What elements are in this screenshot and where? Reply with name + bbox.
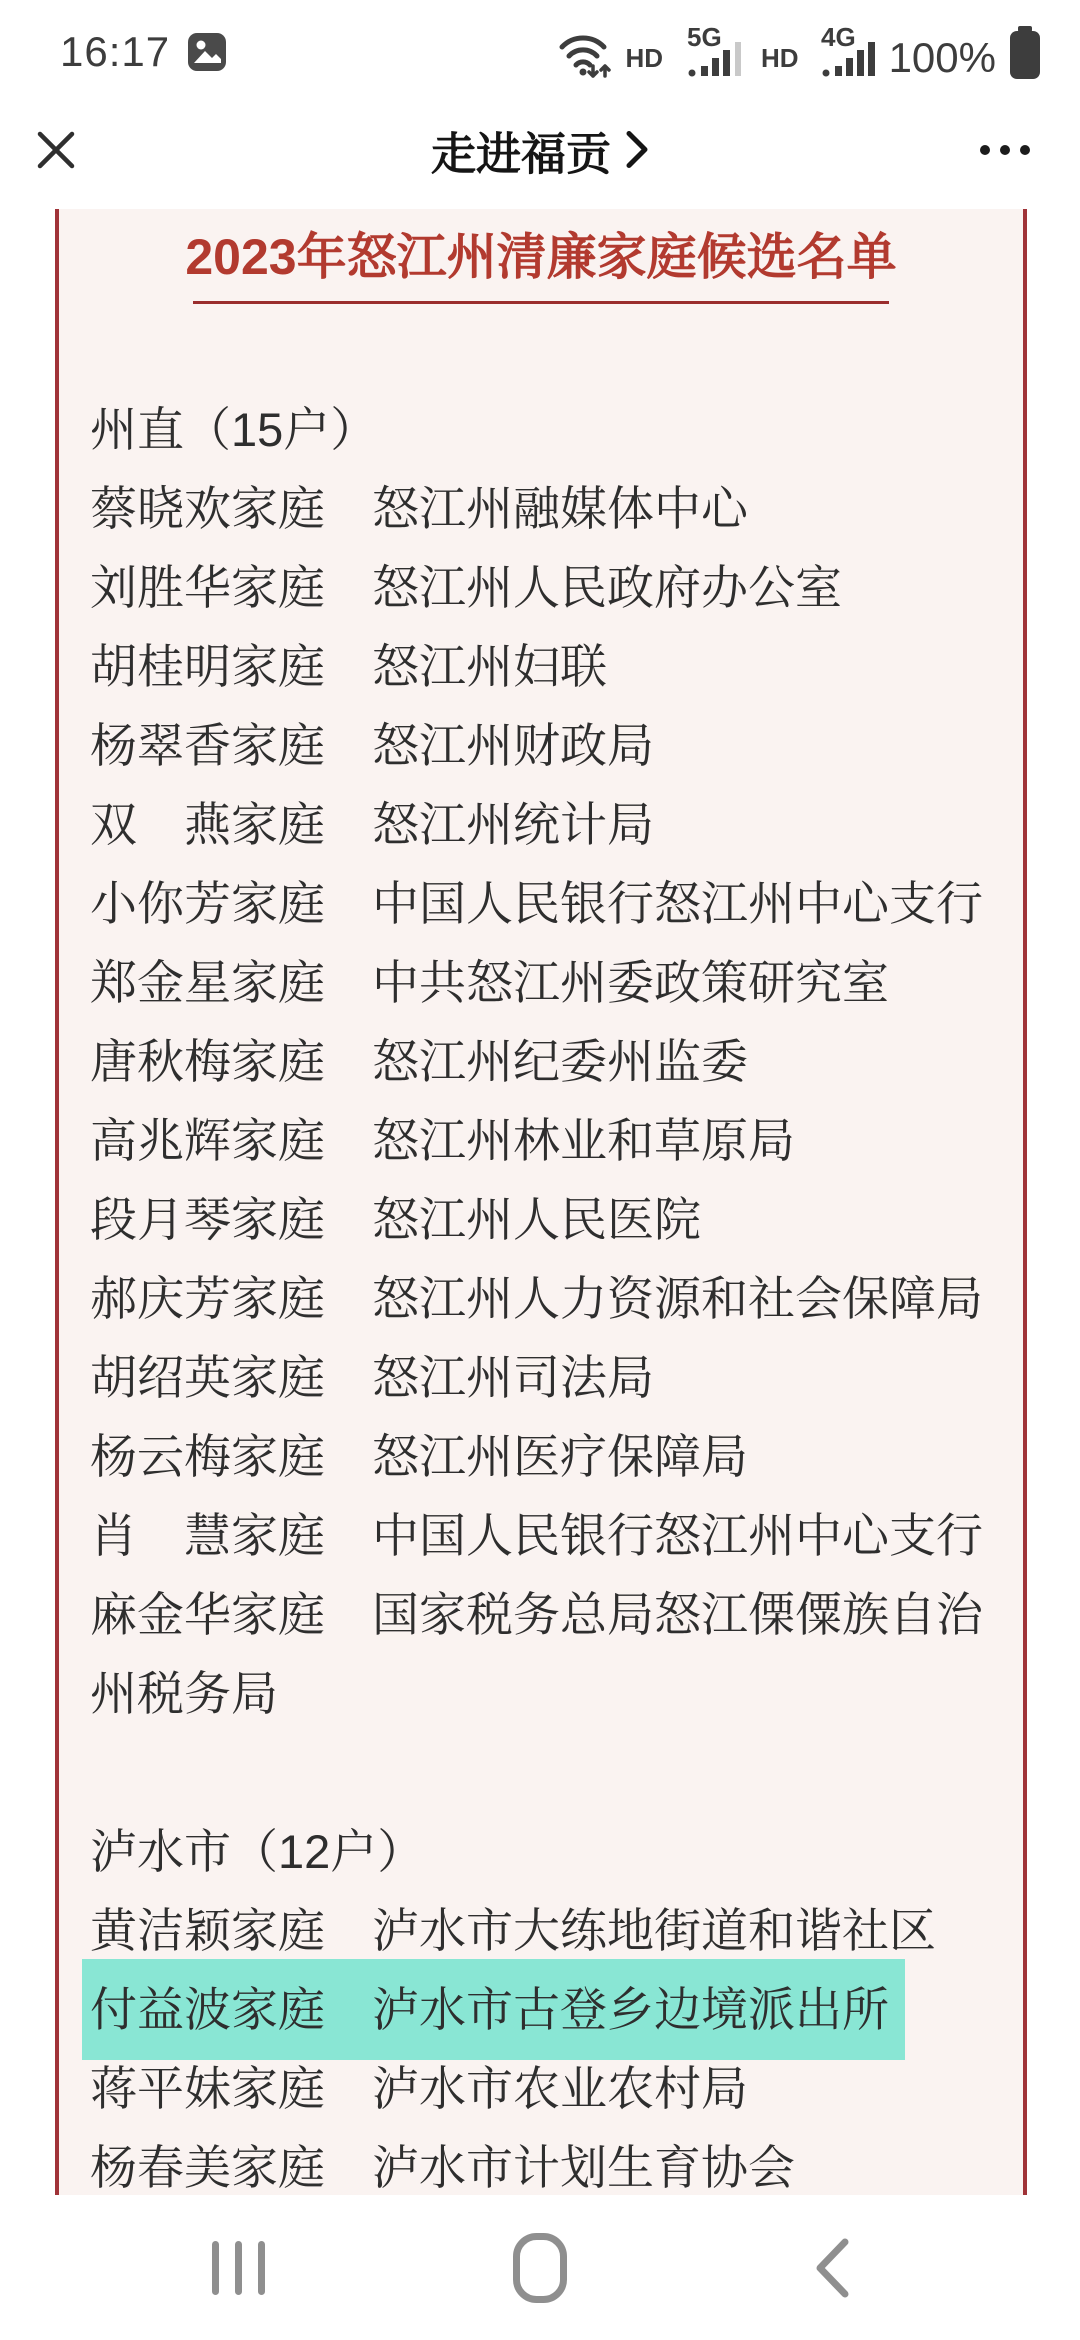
family-entry: 胡绍英家庭 怒江州司法局 — [90, 1338, 1009, 1417]
highlighted-entry: 付益波家庭 泸水市古登乡边境派出所 — [82, 1959, 905, 2060]
entry-text: 肖 慧家庭 中国人民银行怒江州中心支行 — [90, 1509, 983, 1562]
family-name: 小你芳家庭 — [90, 877, 325, 930]
family-name: 黄洁颖家庭 — [90, 1904, 325, 1957]
back-key-icon[interactable] — [812, 2237, 852, 2299]
entry-text: 蔡晓欢家庭 怒江州融媒体中心 — [90, 482, 748, 535]
signal-5g-icon: 5G — [675, 24, 749, 80]
organization: 泸水市大练地街道和谐社区 — [372, 1904, 936, 1957]
organization: 怒江州司法局 — [372, 1351, 654, 1404]
family-name: 蔡晓欢家庭 — [90, 482, 325, 535]
entry-text: 段月琴家庭 怒江州人民医院 — [90, 1193, 701, 1246]
page-title-label: 走进福贡 — [431, 117, 611, 182]
wifi-icon — [557, 28, 613, 80]
family-name: 高兆辉家庭 — [90, 1114, 325, 1167]
family-name: 郝庆芳家庭 — [90, 1272, 325, 1325]
family-name: 段月琴家庭 — [90, 1193, 325, 1246]
entry-text: 蒋平妹家庭 泸水市农业农村局 — [90, 2062, 748, 2115]
navigation-key-bar — [0, 2195, 1080, 2340]
organization: 怒江州融媒体中心 — [372, 482, 748, 535]
organization: 怒江州纪委州监委 — [372, 1035, 748, 1088]
section-header: 州直（15户） — [90, 390, 1009, 469]
family-entry: 小你芳家庭 中国人民银行怒江州中心支行 — [90, 864, 1009, 943]
more-menu-icon[interactable] — [980, 145, 1030, 155]
entry-text: 郑金星家庭 中共怒江州委政策研究室 — [90, 956, 889, 1009]
home-key-icon[interactable] — [513, 2233, 567, 2303]
organization: 怒江州人力资源和社会保障局 — [372, 1272, 983, 1325]
family-name: 蒋平妹家庭 — [90, 2062, 325, 2115]
gallery-notification-icon — [188, 33, 226, 71]
nav-bar: 走进福贡 — [0, 90, 1080, 209]
family-entry: 高兆辉家庭 怒江州林业和草原局 — [90, 1101, 1009, 1180]
clock: 16:17 — [60, 28, 170, 76]
family-name: 肖 慧家庭 — [90, 1509, 325, 1562]
battery-icon — [1008, 26, 1042, 80]
family-entry: 郑金星家庭 中共怒江州委政策研究室 — [90, 943, 1009, 1022]
family-entry: 杨翠香家庭 怒江州财政局 — [90, 706, 1009, 785]
family-list: 州直（15户）蔡晓欢家庭 怒江州融媒体中心刘胜华家庭 怒江州人民政府办公室胡桂明… — [59, 390, 1023, 2195]
family-entry: 肖 慧家庭 中国人民银行怒江州中心支行 — [90, 1496, 1009, 1575]
family-name: 杨翠香家庭 — [90, 719, 325, 772]
status-bar: 16:17 HD — [0, 0, 1080, 90]
family-entry: 双 燕家庭 怒江州统计局 — [90, 785, 1009, 864]
chevron-right-icon — [625, 130, 649, 170]
organization: 泸水市古登乡边境派出所 — [372, 1983, 889, 2036]
organization: 怒江州人民医院 — [372, 1193, 701, 1246]
family-entry: 刘胜华家庭 怒江州人民政府办公室 — [90, 548, 1009, 627]
family-name: 郑金星家庭 — [90, 956, 325, 1009]
family-entry: 杨春美家庭 泸水市计划生育协会 — [90, 2128, 1009, 2195]
entry-text: 唐秋梅家庭 怒江州纪委州监委 — [90, 1035, 748, 1088]
recents-key-icon[interactable] — [212, 2241, 265, 2295]
family-name: 杨春美家庭 — [90, 2141, 325, 2194]
section-header: 泸水市（12户） — [90, 1812, 1009, 1891]
family-entry: 蔡晓欢家庭 怒江州融媒体中心 — [90, 469, 1009, 548]
family-name: 唐秋梅家庭 — [90, 1035, 325, 1088]
family-entry: 郝庆芳家庭 怒江州人力资源和社会保障局 — [90, 1259, 1009, 1338]
hd-badge-left: HD — [625, 43, 663, 74]
family-entry: 付益波家庭 泸水市古登乡边境派出所 — [90, 1970, 1009, 2049]
family-name: 胡绍英家庭 — [90, 1351, 325, 1404]
signal-4g-icon: 4G — [811, 24, 877, 80]
organization: 怒江州人民政府办公室 — [372, 561, 842, 614]
entry-text: 黄洁颖家庭 泸水市大练地街道和谐社区 — [90, 1904, 936, 1957]
family-entry: 唐秋梅家庭 怒江州纪委州监委 — [90, 1022, 1009, 1101]
organization: 怒江州医疗保障局 — [372, 1430, 748, 1483]
title-underline — [193, 301, 889, 304]
family-name: 麻金华家庭 — [90, 1588, 325, 1641]
family-entry: 蒋平妹家庭 泸水市农业农村局 — [90, 2049, 1009, 2128]
entry-text: 麻金华家庭 国家税务总局怒江傈僳族自治州税务局 — [90, 1588, 983, 1720]
entry-text: 刘胜华家庭 怒江州人民政府办公室 — [90, 561, 842, 614]
organization: 怒江州林业和草原局 — [372, 1114, 795, 1167]
page-title[interactable]: 走进福贡 — [431, 117, 649, 182]
family-entry: 胡桂明家庭 怒江州妇联 — [90, 627, 1009, 706]
organization: 怒江州妇联 — [372, 640, 607, 693]
entry-text: 杨云梅家庭 怒江州医疗保障局 — [90, 1430, 748, 1483]
entry-text: 胡绍英家庭 怒江州司法局 — [90, 1351, 654, 1404]
organization: 中共怒江州委政策研究室 — [372, 956, 889, 1009]
family-name: 双 燕家庭 — [90, 798, 325, 851]
entry-text: 双 燕家庭 怒江州统计局 — [90, 798, 654, 851]
document-title: 2023年怒江州清廉家庭候选名单 — [59, 209, 1023, 285]
net-label-right: 4G — [821, 24, 856, 52]
family-entry: 麻金华家庭 国家税务总局怒江傈僳族自治州税务局 — [90, 1575, 1009, 1733]
entry-text: 胡桂明家庭 怒江州妇联 — [90, 640, 607, 693]
article-image: 2023年怒江州清廉家庭候选名单 州直（15户）蔡晓欢家庭 怒江州融媒体中心刘胜… — [55, 209, 1027, 2195]
family-entry: 段月琴家庭 怒江州人民医院 — [90, 1180, 1009, 1259]
family-name: 刘胜华家庭 — [90, 561, 325, 614]
family-entry: 杨云梅家庭 怒江州医疗保障局 — [90, 1417, 1009, 1496]
organization: 怒江州统计局 — [372, 798, 654, 851]
family-name: 胡桂明家庭 — [90, 640, 325, 693]
organization: 泸水市计划生育协会 — [372, 2141, 795, 2194]
organization: 泸水市农业农村局 — [372, 2062, 748, 2115]
net-label-left: 5G — [687, 24, 722, 52]
entry-text: 郝庆芳家庭 怒江州人力资源和社会保障局 — [90, 1272, 983, 1325]
organization: 中国人民银行怒江州中心支行 — [372, 1509, 983, 1562]
battery-percent: 100% — [889, 34, 996, 82]
entry-text: 杨翠香家庭 怒江州财政局 — [90, 719, 654, 772]
organization: 怒江州财政局 — [372, 719, 654, 772]
hd-badge-right: HD — [761, 43, 799, 74]
close-icon[interactable] — [34, 128, 78, 172]
entry-text: 杨春美家庭 泸水市计划生育协会 — [90, 2141, 795, 2194]
family-name: 付益波家庭 — [90, 1983, 325, 2036]
organization: 中国人民银行怒江州中心支行 — [372, 877, 983, 930]
entry-text: 高兆辉家庭 怒江州林业和草原局 — [90, 1114, 795, 1167]
family-name: 杨云梅家庭 — [90, 1430, 325, 1483]
entry-text: 小你芳家庭 中国人民银行怒江州中心支行 — [90, 877, 983, 930]
